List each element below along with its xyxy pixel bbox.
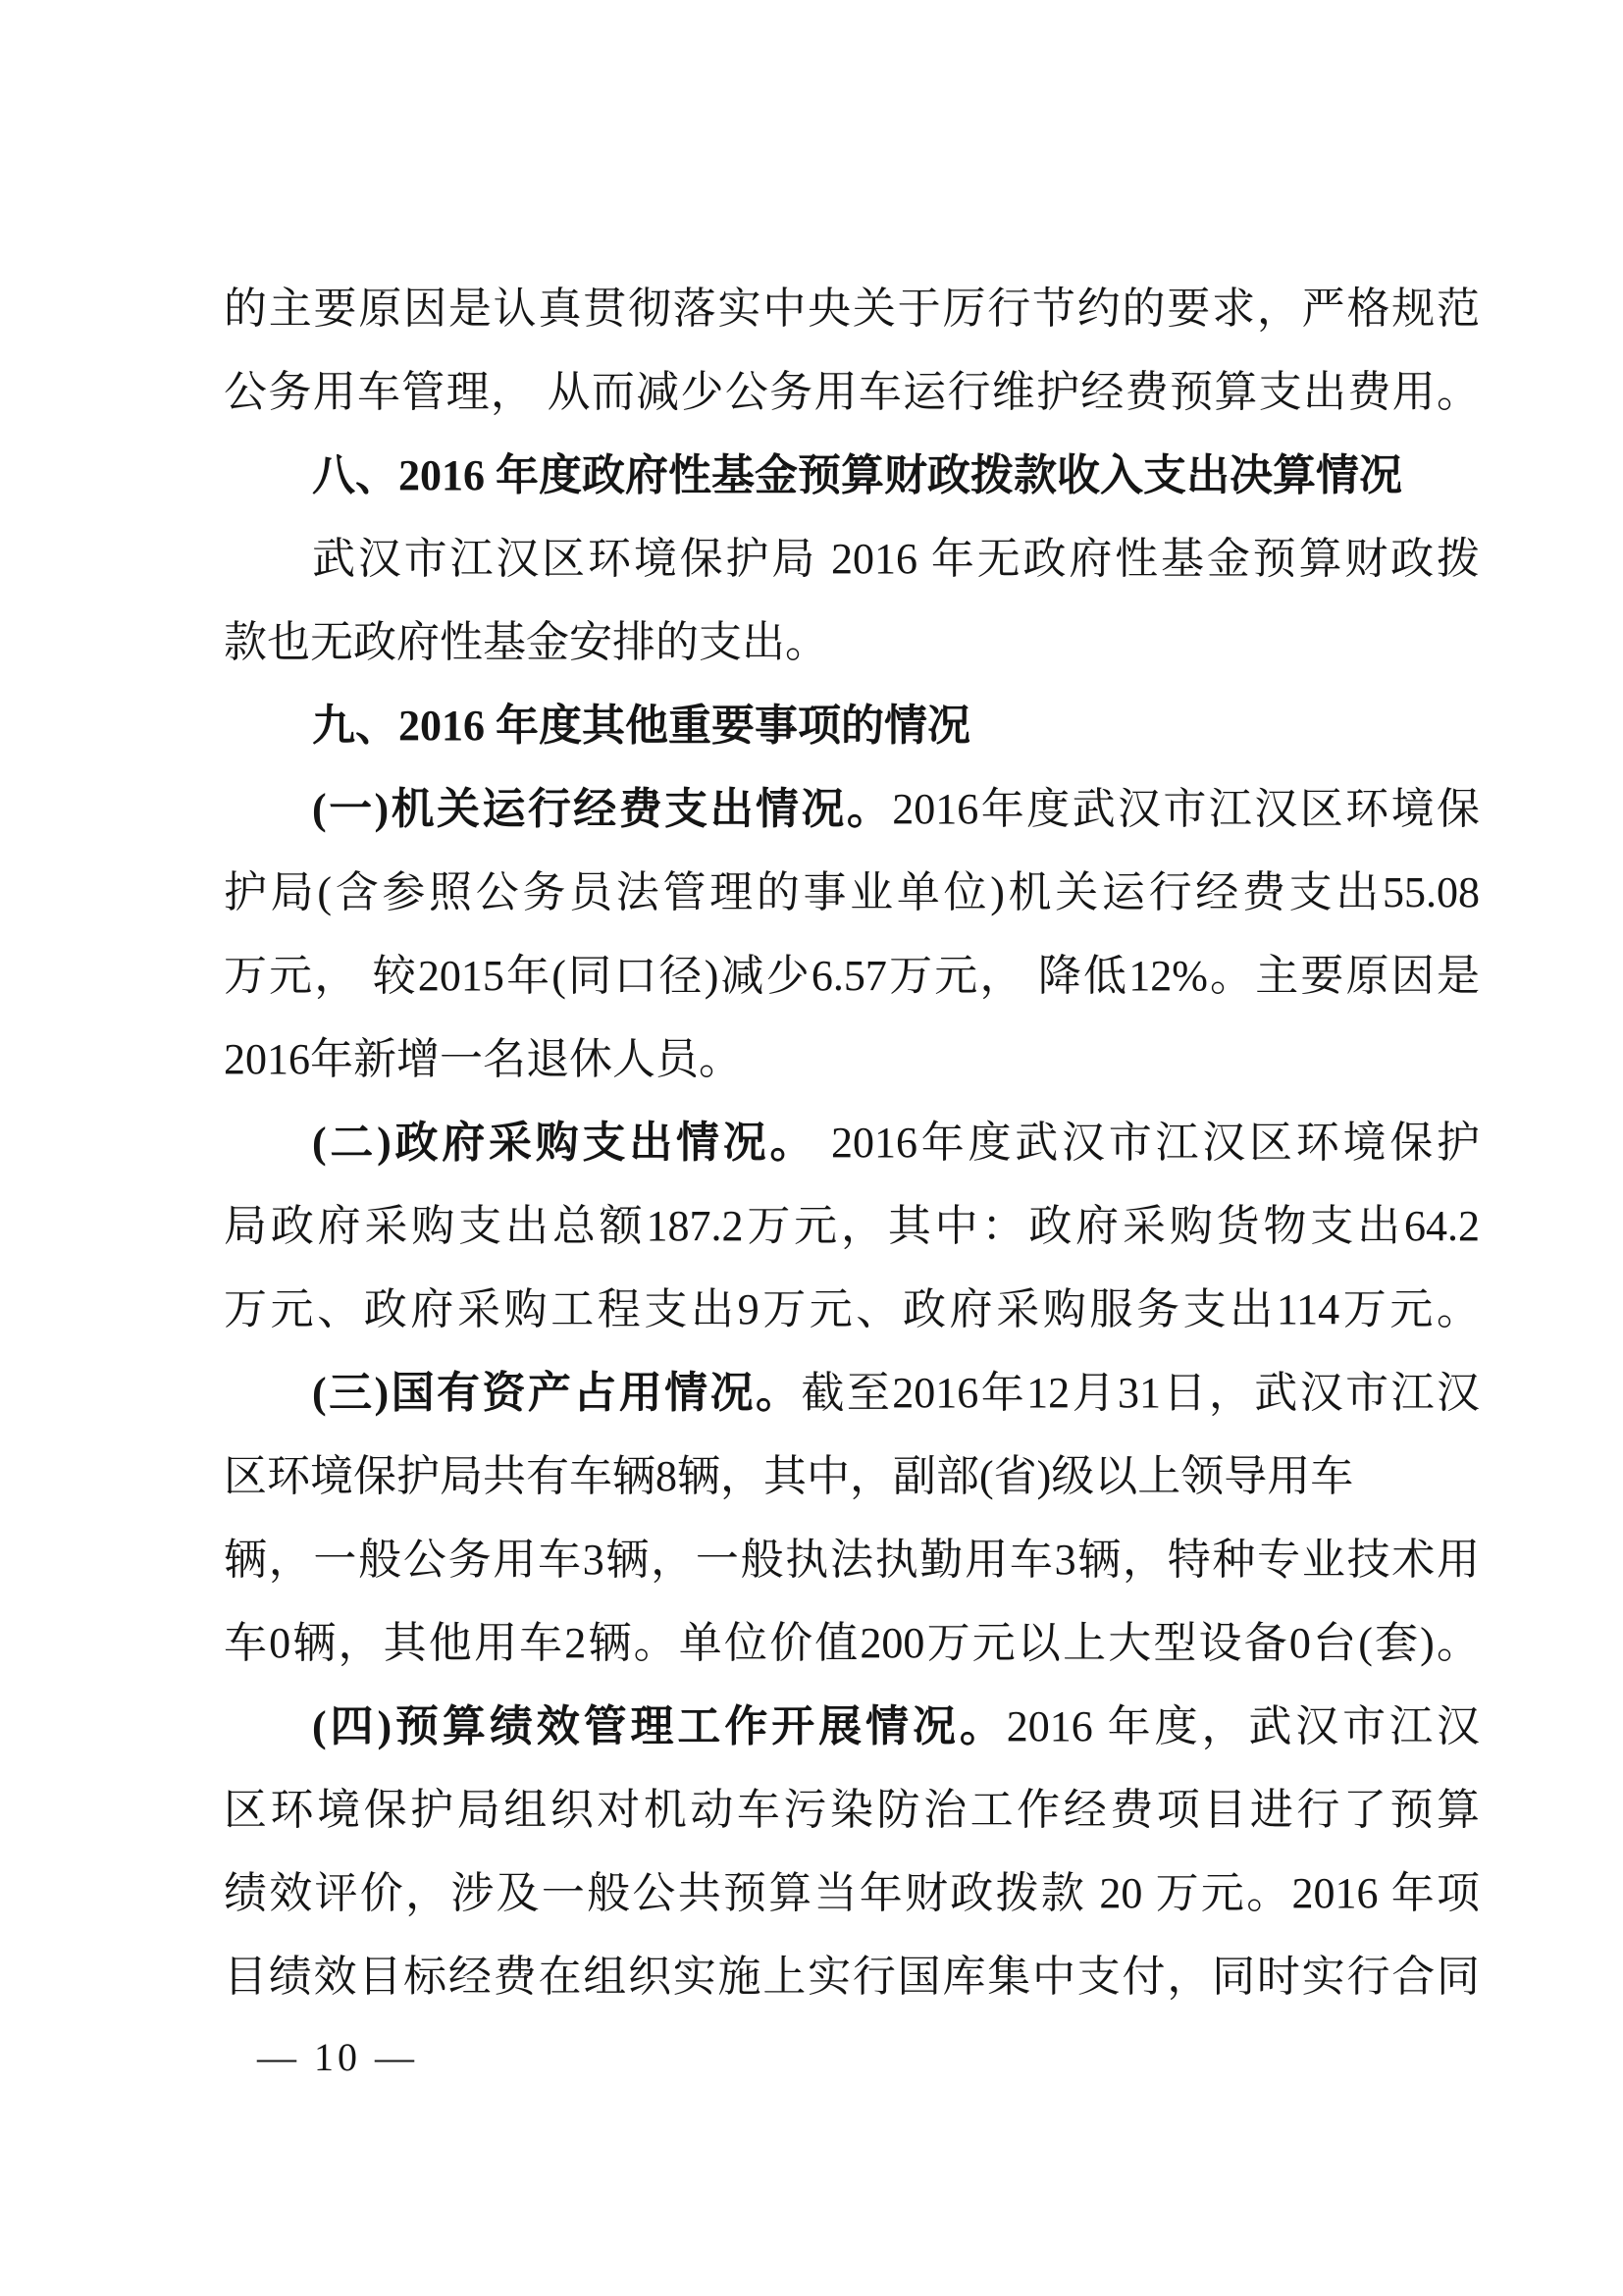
- line-text: 万元、政府采购工程支出9万元、政府采购服务支出114万元。: [224, 1285, 1480, 1333]
- line-text: 2016年新增一名退休人员。: [224, 1035, 742, 1083]
- line-text: 辆，一般公务用车3辆，一般执法执勤用车3辆，特种专业技术用: [224, 1536, 1480, 1584]
- line-text: 公务用车管理， 从而减少公务用车运行维护经费预算支出费用。: [224, 368, 1480, 416]
- doc-line: 公务用车管理， 从而减少公务用车运行维护经费预算支出费用。: [224, 350, 1480, 434]
- page-number: — 10 —: [257, 2033, 418, 2082]
- line-text: 武汉市江汉区环境保护局 2016 年无政府性基金预算财政拨: [312, 535, 1480, 583]
- doc-line: 区环境保护局共有车辆8辆，其中，副部(省)级以上领导用车: [224, 1435, 1480, 1518]
- doc-heading-8: 八、2016 年度政府性基金预算财政拨款收入支出决算情况: [224, 434, 1480, 517]
- doc-line: (一)机关运行经费支出情况。2016年度武汉市江汉区环境保: [224, 767, 1480, 851]
- line-text: 截至2016年12月31日，武汉市江汉: [801, 1369, 1480, 1417]
- line-text: 绩效评价，涉及一般公共预算当年财政拨款 20 万元。2016 年项: [224, 1869, 1480, 1917]
- doc-line: 款也无政府性基金安排的支出。: [224, 600, 1480, 684]
- line-text: 护局(含参照公务员法管理的事业单位)机关运行经费支出55.08: [224, 868, 1480, 916]
- doc-line: 目绩效目标经费在组织实施上实行国库集中支付，同时实行合同: [224, 1935, 1480, 2018]
- doc-line: (四)预算绩效管理工作开展情况。2016 年度，武汉市江汉: [224, 1685, 1480, 1768]
- doc-line: 局政府采购支出总额187.2万元，其中：政府采购货物支出64.2: [224, 1184, 1480, 1268]
- line-text: 2016年度武汉市江汉区环境保护: [816, 1119, 1480, 1167]
- line-bold-lead: (三)国有资产占用情况。: [312, 1369, 801, 1417]
- doc-line: 2016年新增一名退休人员。: [224, 1018, 1480, 1101]
- line-bold-lead: (二)政府采购支出情况。: [312, 1119, 816, 1167]
- doc-line: 护局(含参照公务员法管理的事业单位)机关运行经费支出55.08: [224, 851, 1480, 934]
- doc-line: (三)国有资产占用情况。截至2016年12月31日，武汉市江汉: [224, 1351, 1480, 1435]
- doc-line: 的主要原因是认真贯彻落实中央关于厉行节约的要求，严格规范: [224, 267, 1480, 350]
- line-text: 局政府采购支出总额187.2万元，其中：政府采购货物支出64.2: [224, 1202, 1480, 1250]
- line-text: 目绩效目标经费在组织实施上实行国库集中支付，同时实行合同: [224, 1953, 1480, 2001]
- doc-line: 辆，一般公务用车3辆，一般执法执勤用车3辆，特种专业技术用: [224, 1518, 1480, 1601]
- doc-line: 武汉市江汉区环境保护局 2016 年无政府性基金预算财政拨: [224, 517, 1480, 600]
- line-text: 的主要原因是认真贯彻落实中央关于厉行节约的要求，严格规范: [224, 285, 1480, 333]
- doc-line: 绩效评价，涉及一般公共预算当年财政拨款 20 万元。2016 年项: [224, 1852, 1480, 1935]
- line-bold-lead: 八、2016 年度政府性基金预算财政拨款收入支出决算情况: [312, 451, 1402, 499]
- doc-line: 万元、政府采购工程支出9万元、政府采购服务支出114万元。: [224, 1268, 1480, 1351]
- doc-heading-9: 九、2016 年度其他重要事项的情况: [224, 684, 1480, 767]
- line-text: 2016年度武汉市江汉区环境保: [892, 785, 1480, 833]
- line-text: 2016 年度，武汉市江汉: [1007, 1702, 1480, 1750]
- doc-line: 车0辆，其他用车2辆。单位价值200万元以上大型设备0台(套)。: [224, 1601, 1480, 1685]
- document-body: 的主要原因是认真贯彻落实中央关于厉行节约的要求，严格规范 公务用车管理， 从而减…: [224, 267, 1480, 2018]
- line-text: 款也无政府性基金安排的支出。: [224, 618, 828, 666]
- doc-line: 万元， 较2015年(同口径)减少6.57万元， 降低12%。主要原因是: [224, 934, 1480, 1018]
- line-bold-lead: (四)预算绩效管理工作开展情况。: [312, 1702, 1007, 1750]
- line-text: 区环境保护局组织对机动车污染防治工作经费项目进行了预算: [224, 1786, 1480, 1834]
- doc-line: 区环境保护局组织对机动车污染防治工作经费项目进行了预算: [224, 1768, 1480, 1852]
- line-bold-lead: 九、2016 年度其他重要事项的情况: [312, 702, 970, 750]
- line-text: 万元， 较2015年(同口径)减少6.57万元， 降低12%。主要原因是: [224, 952, 1480, 1000]
- line-text: 区环境保护局共有车辆8辆，其中，副部(省)级以上领导用车: [224, 1452, 1353, 1500]
- line-bold-lead: (一)机关运行经费支出情况。: [312, 785, 892, 833]
- document-page: 的主要原因是认真贯彻落实中央关于厉行节约的要求，严格规范 公务用车管理， 从而减…: [0, 0, 1623, 2296]
- line-text: 车0辆，其他用车2辆。单位价值200万元以上大型设备0台(套)。: [224, 1619, 1480, 1667]
- doc-line: (二)政府采购支出情况。 2016年度武汉市江汉区环境保护: [224, 1101, 1480, 1184]
